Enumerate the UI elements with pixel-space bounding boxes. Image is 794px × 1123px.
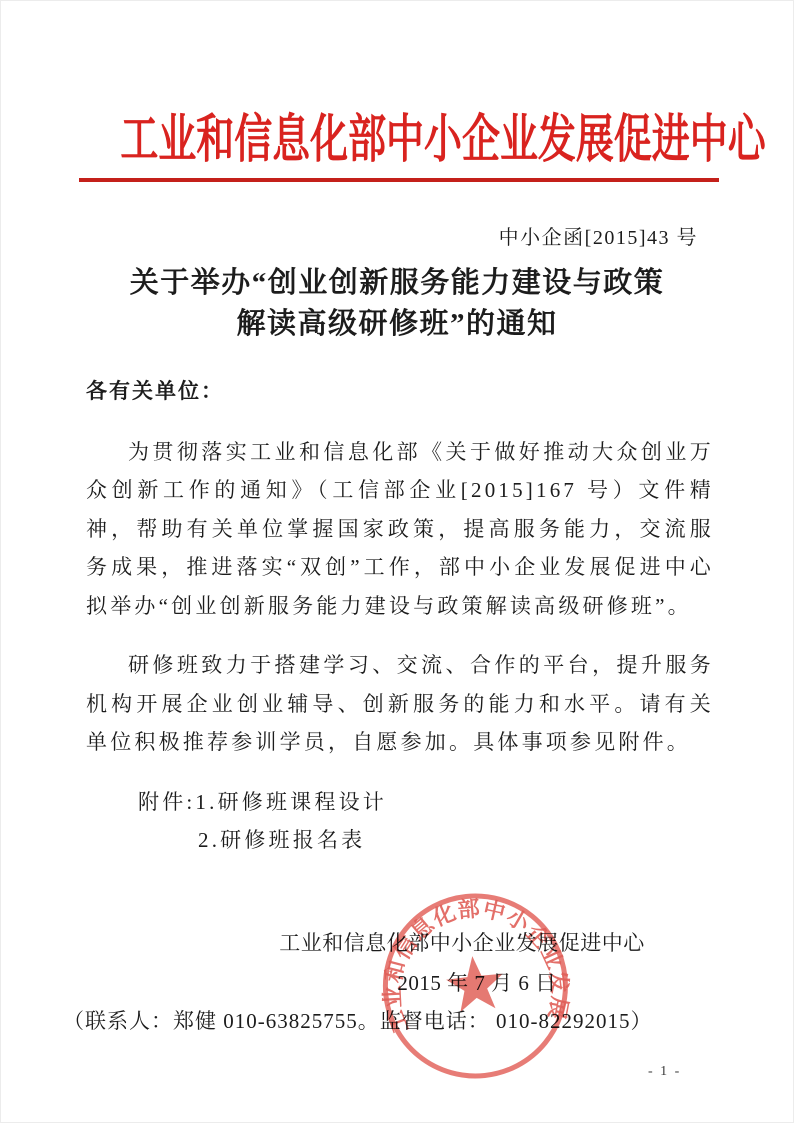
- document-number: 中小企函[2015]43 号: [499, 221, 698, 250]
- notice-title-line2: 解读高级研修班”的通知: [1, 304, 793, 345]
- letterhead-divider: [79, 178, 719, 182]
- official-seal: 工业和信息化部中小企业发展促进中心: [365, 872, 585, 1092]
- letterhead-org-name: 工业和信息化部中小企业发展促进中心: [120, 97, 765, 172]
- letterhead: 工业和信息化部中小企业发展促进中心: [1, 97, 793, 172]
- salutation: 各有关单位：: [86, 373, 714, 412]
- notice-title: 关于举办“创业创新服务能力建设与政策 解读高级研修班”的通知: [1, 263, 793, 345]
- seal-ring-text: 工业和信息化部中小企业发展促进中心: [365, 872, 576, 1042]
- notice-title-line1: 关于举办“创业创新服务能力建设与政策: [1, 263, 793, 304]
- seal-star: [444, 953, 506, 1013]
- seal-ring-text-holder: 工业和信息化部中小企业发展促进中心: [365, 872, 576, 1042]
- attachment-line-2: 2.研修班报名表: [86, 821, 714, 860]
- document-page: 工业和信息化部中小企业发展促进中心 中小企函[2015]43 号 关于举办“创业…: [0, 0, 794, 1123]
- body-paragraph-1: 为贯彻落实工业和信息化部《关于做好推动大众创业万众创新工作的通知》（工信部企业[…: [86, 433, 714, 626]
- attachment-line-1: 附件:1.研修班课程设计: [86, 783, 714, 822]
- page-number: - 1 -: [648, 1064, 681, 1080]
- notice-body: 各有关单位： 为贯彻落实工业和信息化部《关于做好推动大众创业万众创新工作的通知》…: [86, 373, 714, 860]
- body-paragraph-2: 研修班致力于搭建学习、交流、合作的平台，提升服务机构开展企业创业辅导、创新服务的…: [86, 646, 714, 762]
